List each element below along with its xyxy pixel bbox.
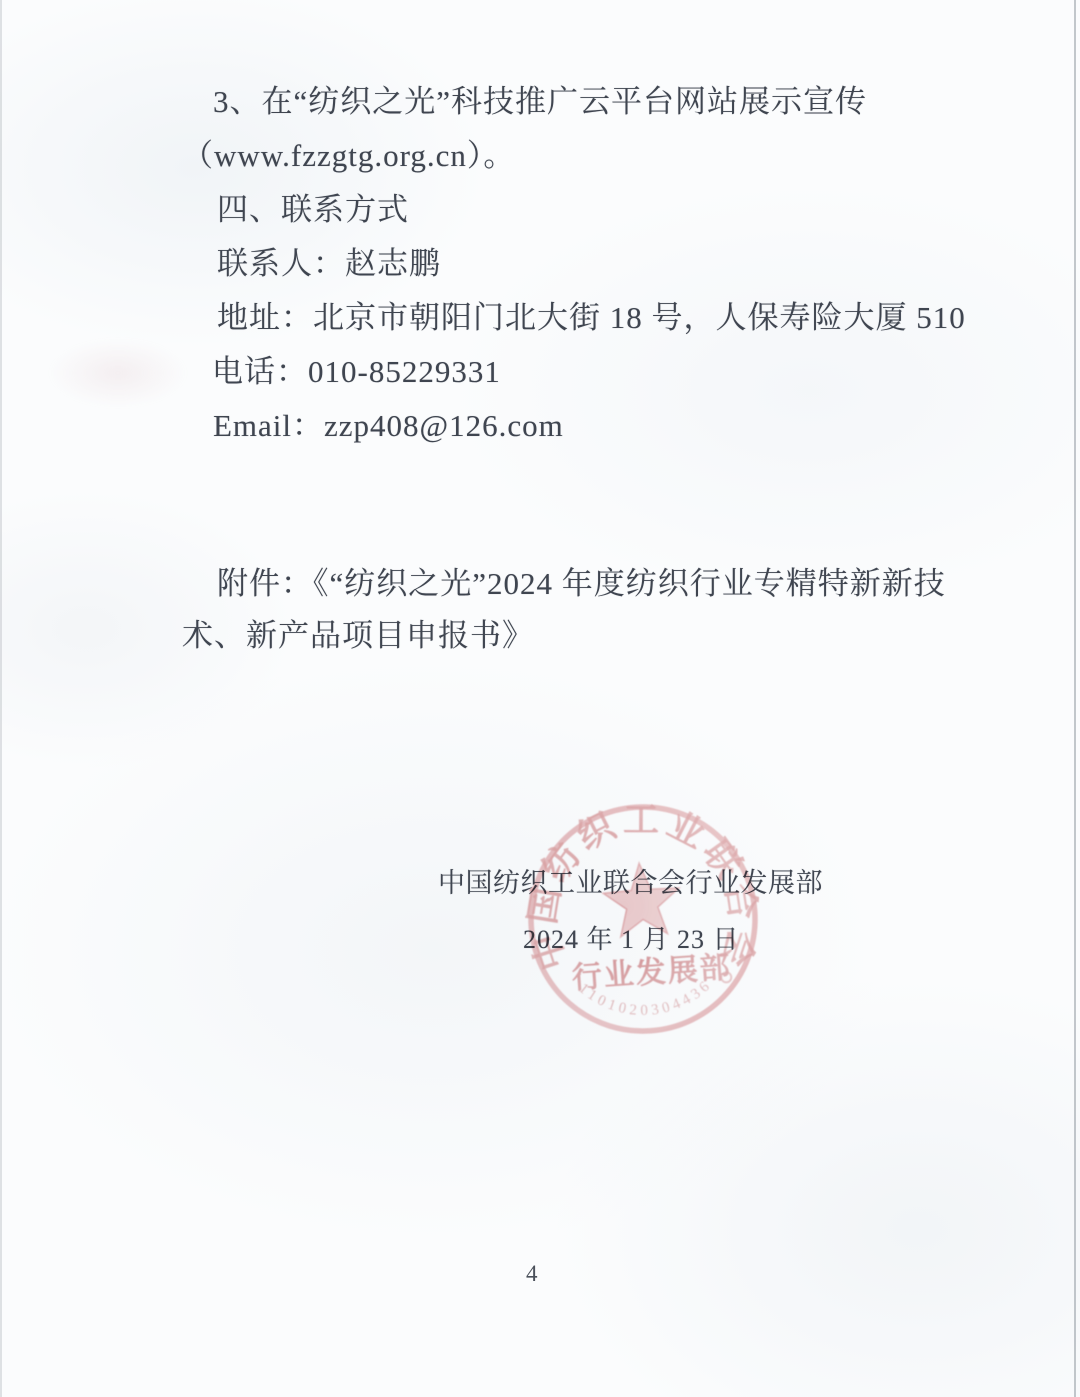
body-line-promotion: 3、在“纺织之光”科技推广云平台网站展示宣传 [213,82,867,122]
scan-edge-left [0,0,2,1397]
attachment-line-2: 术、新产品项目申报书》 [182,616,534,656]
scan-smudge [48,338,188,408]
contact-email-line: Email：zzp408@126.com [213,406,564,446]
document-page: 3、在“纺织之光”科技推广云平台网站展示宣传 （www.fzzgtg.org.c… [0,0,1080,1397]
official-seal: 中国纺织工业联合会 行业发展部 1101020304436 [517,793,769,1045]
section-heading-contact: 四、联系方式 [217,190,409,230]
seal-star-icon [601,860,682,938]
contact-person-line: 联系人：赵志鹏 [217,244,441,284]
contact-phone-line: 电话：010-85229331 [212,352,501,392]
contact-address-line: 地址：北京市朝阳门北大街 18 号，人保寿险大厦 510 [217,298,966,338]
attachment-line-1: 附件：《“纺织之光”2024 年度纺织行业专精特新新技 [217,564,946,604]
page-number: 4 [526,1261,538,1287]
scan-edge-right [1074,0,1076,1397]
body-line-website: （www.fzzgtg.org.cn）。 [182,136,515,176]
